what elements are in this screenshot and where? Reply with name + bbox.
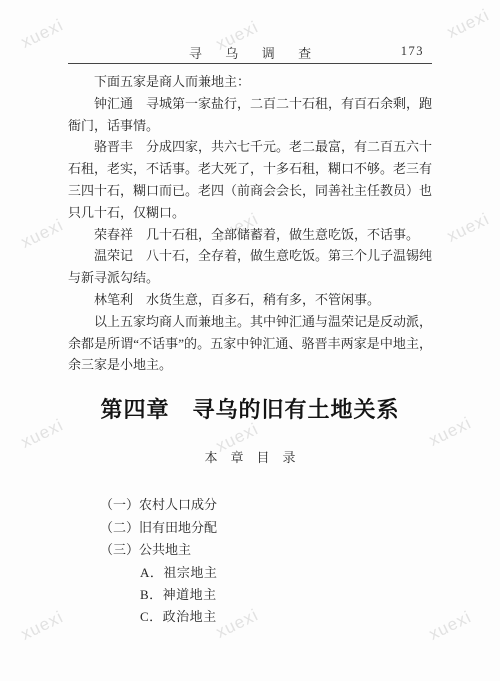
toc-item-3a: A．祖宗地主 xyxy=(68,562,432,584)
paragraph-linbili: 林笔利 水货生意，百多石，稍有多，不管闲事。 xyxy=(68,289,432,311)
watermark-text: xuexi xyxy=(444,209,493,247)
watermark-text: xuexi xyxy=(18,215,67,253)
paragraph-luojinfeng: 骆晋丰 分成四家，共六七千元。老二最富，有二百五六十石租，老实，不话事。老大死了… xyxy=(68,136,432,223)
paragraph-zhonghuitong: 钟汇通 寻城第一家盐行，二百二十石租，有百石余剩，跑衙门，话事情。 xyxy=(68,93,432,137)
toc-item-2: （二）旧有田地分配 xyxy=(68,517,432,539)
header-rule xyxy=(68,63,432,64)
page-number: 173 xyxy=(401,44,424,59)
page-header: 寻乌调查 173 xyxy=(68,43,432,59)
toc-item-3b: B．神道地主 xyxy=(68,584,432,606)
paragraph-wenrongji: 温荣记 八十石，全存着，做生意吃饭。第三个儿子温锡纯与新寻派勾结。 xyxy=(68,245,432,289)
watermark-text: xuexi xyxy=(426,413,475,451)
toc-item-1: （一）农村人口成分 xyxy=(68,494,432,516)
book-page: xuexi xuexi xuexi xuexi xuexi xuexi xuex… xyxy=(0,0,500,681)
toc-list: （一）农村人口成分 （二）旧有田地分配 （三）公共地主 A．祖宗地主 B．神道地… xyxy=(68,494,432,628)
watermark-text: xuexi xyxy=(444,5,493,43)
body-text: 下面五家是商人而兼地主： 钟汇通 寻城第一家盐行，二百二十石租，有百石余剩，跑衙… xyxy=(68,71,432,376)
toc-item-3c: C．政治地主 xyxy=(68,606,432,628)
toc-heading: 本章目录 xyxy=(68,447,432,467)
page-content: 寻乌调查 173 下面五家是商人而兼地主： 钟汇通 寻城第一家盐行，二百二十石租… xyxy=(68,0,432,629)
toc-item-3: （三）公共地主 xyxy=(68,539,432,561)
paragraph-intro: 下面五家是商人而兼地主： xyxy=(68,71,432,93)
watermark-text: xuexi xyxy=(18,415,67,453)
paragraph-rongchunxiang: 荣春祥 几十石租，全部储蓄着，做生意吃饭，不话事。 xyxy=(68,224,432,246)
watermark-text: xuexi xyxy=(426,607,475,645)
chapter-title: 第四章 寻乌的旧有土地关系 xyxy=(68,398,432,422)
watermark-text: xuexi xyxy=(18,607,67,645)
watermark-text: xuexi xyxy=(18,15,67,53)
paragraph-summary: 以上五家均商人而兼地主。其中钟汇通与温荣记是反动派，余都是所谓“不话事”的。五家… xyxy=(68,311,432,376)
toc-heading-label: 本章目录 xyxy=(204,450,308,465)
running-title: 寻乌调查 xyxy=(189,46,335,61)
